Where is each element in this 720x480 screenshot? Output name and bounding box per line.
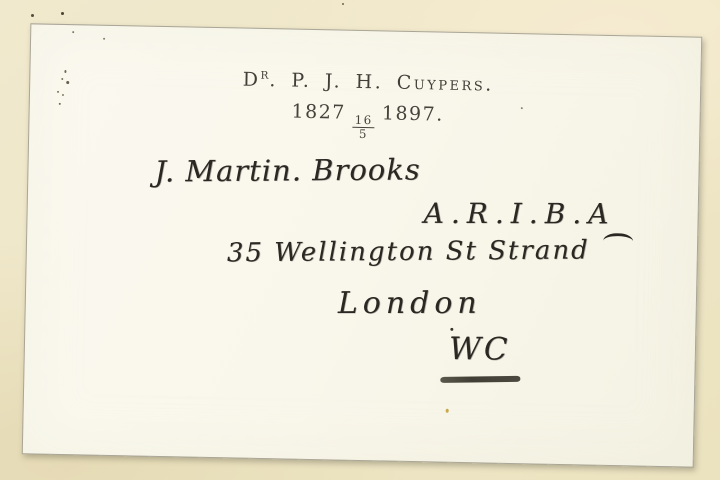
- foxing-speck: [446, 409, 449, 413]
- foxing-speck: [103, 38, 105, 40]
- foxing-speck: [316, 141, 318, 143]
- calling-card: DR. P. J. H. Cuypers. 18271651897. J. Ma…: [22, 23, 703, 467]
- handwritten-city: London: [338, 286, 482, 321]
- album-page-background: DR. P. J. H. Cuypers. 18271651897. J. Ma…: [0, 0, 720, 480]
- foxing-speck: [66, 81, 69, 84]
- death-year: 1897.: [382, 102, 444, 125]
- foxing-speck: [57, 91, 59, 93]
- birth-year: 1827: [291, 101, 346, 124]
- foxing-speck: [72, 31, 74, 33]
- printed-name: P. J. H. Cuypers.: [291, 70, 494, 96]
- foxing-speck: [59, 103, 61, 105]
- printed-block: DR. P. J. H. Cuypers. 18271651897.: [35, 64, 700, 147]
- handwritten-name: J. Martin. Brooks: [154, 152, 421, 188]
- handwritten-credentials: A.R.I.B.A: [424, 197, 616, 231]
- printed-honorific: DR.: [243, 69, 279, 92]
- honorific-base: D: [243, 69, 261, 91]
- foxing-speck: [61, 78, 63, 80]
- honorific-superscript: R: [260, 70, 269, 82]
- foxing-speck: [62, 94, 64, 96]
- dust-speck: [61, 12, 64, 15]
- date-fraction-denominator: 5: [359, 128, 368, 141]
- dust-speck: [342, 3, 344, 5]
- foxing-speck: [521, 107, 523, 109]
- printed-title: DR. P. J. H. Cuypers.: [36, 64, 700, 99]
- handwritten-postal-district: WC: [449, 331, 511, 368]
- ink-underline: [440, 376, 520, 383]
- date-fraction: 165: [352, 114, 375, 141]
- dust-speck: [31, 14, 34, 17]
- handwritten-address: 35 Wellington St Strand: [227, 236, 590, 269]
- foxing-speck: [64, 70, 66, 73]
- foxing-speck: [450, 328, 453, 331]
- printed-dates: 18271651897.: [35, 95, 700, 147]
- ink-flourish: [603, 233, 633, 250]
- honorific-period: .: [269, 69, 278, 91]
